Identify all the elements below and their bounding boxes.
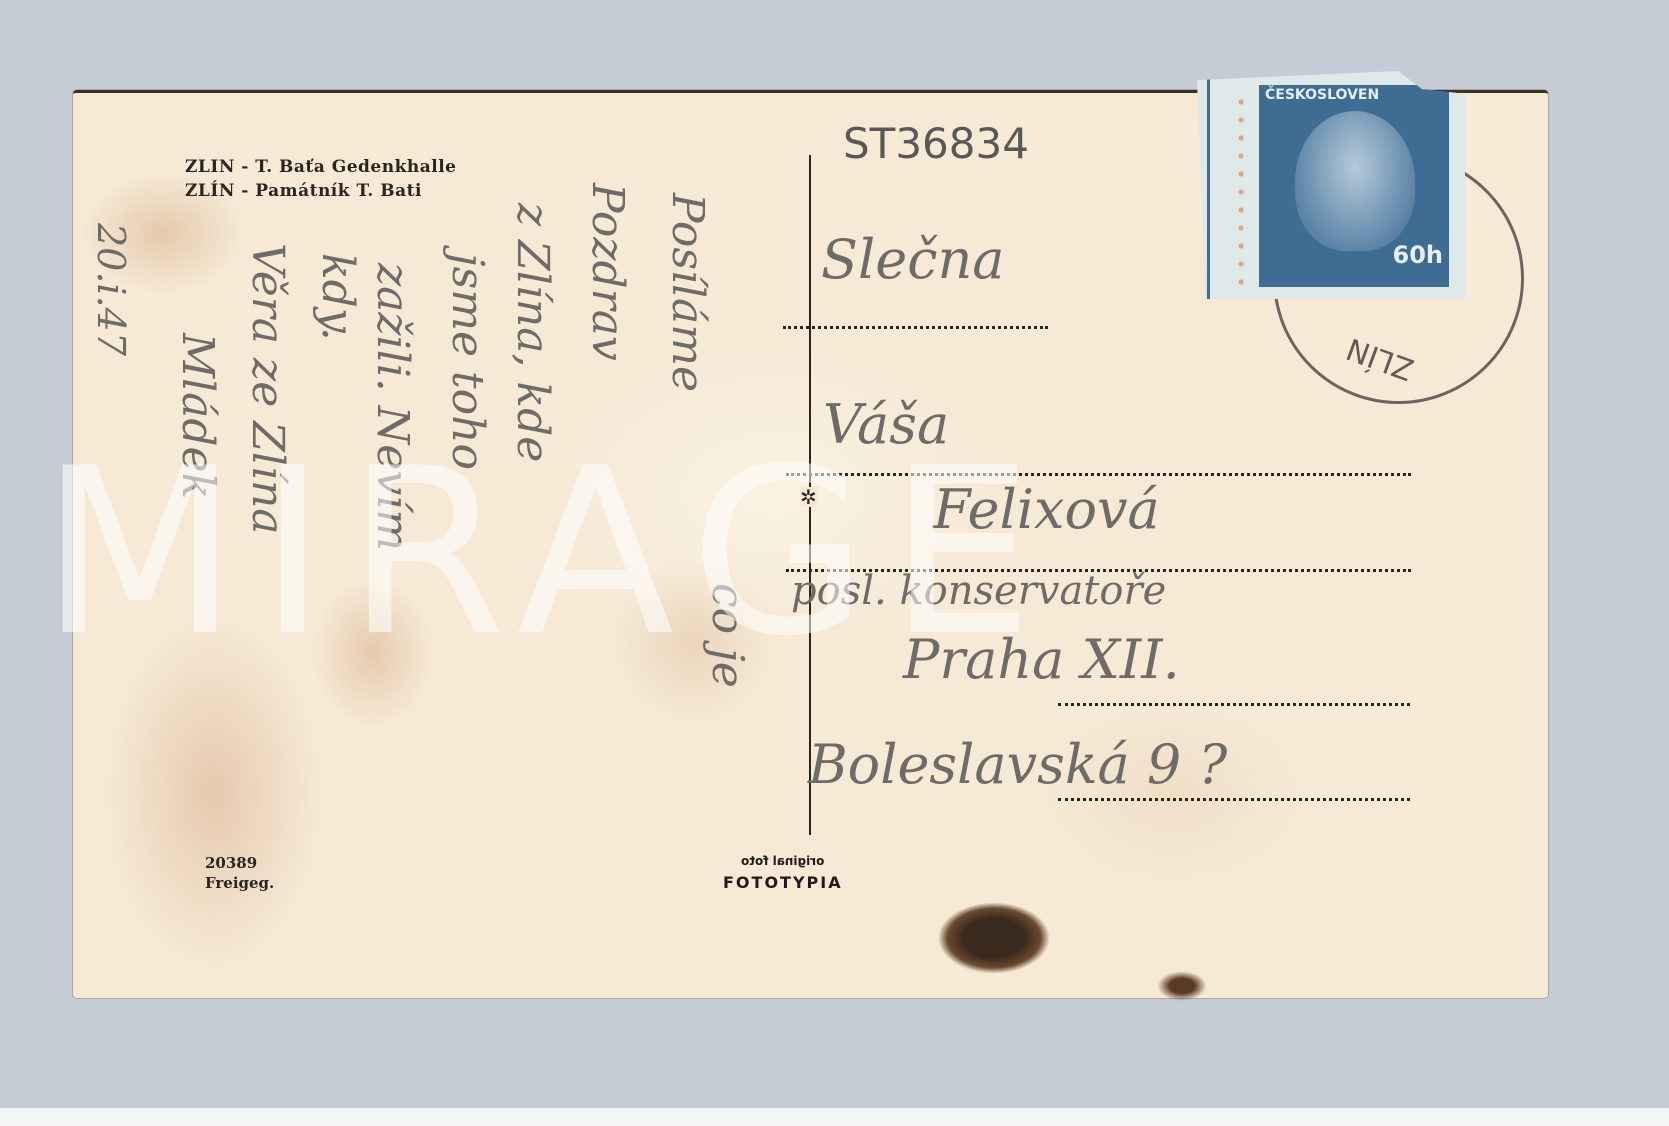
stamp-edge-line xyxy=(1207,79,1210,299)
reference-code: ST36834 xyxy=(843,119,1029,168)
address-first-name: Váša xyxy=(823,393,949,456)
printed-caption: ZLIN - T. Baťa Gedenkhalle ZLÍN - Památn… xyxy=(185,155,457,203)
publisher-info: 20389 Freigeg. xyxy=(205,853,274,893)
message-line: kdy. xyxy=(312,253,363,341)
stamp-frame: ČESKOSLOVEN 60h xyxy=(1259,85,1449,287)
printer-small-text: original foto xyxy=(741,854,824,868)
ornament-star-icon: ✲ xyxy=(800,487,817,507)
message-line: Věra ze Zlína xyxy=(242,243,293,535)
stamp-value: 60h xyxy=(1393,241,1443,269)
postmark-text: ZLÍN xyxy=(1342,330,1418,386)
publisher-number: 20389 xyxy=(205,853,274,873)
address-line-1 xyxy=(783,326,1048,329)
address-line-4 xyxy=(1058,703,1410,706)
address-street: Boleslavská 9 ? xyxy=(808,733,1227,796)
message-line: Pozdrav xyxy=(582,183,633,361)
printer-mark: original foto FOTOTYPIA xyxy=(723,850,843,892)
caption-line-czech: ZLÍN - Památník T. Bati xyxy=(185,179,457,203)
message-line: zažili. Nevím xyxy=(367,263,418,551)
printer-name: FOTOTYPIA xyxy=(723,873,843,892)
ink-blot-small xyxy=(1157,971,1207,1001)
publisher-note: Freigeg. xyxy=(205,873,274,893)
message-line: Mládek xyxy=(172,333,223,499)
address-line-5 xyxy=(1058,798,1410,801)
message-line: co je xyxy=(702,583,753,688)
message-line: Posíláme xyxy=(662,193,713,392)
address-surname: Felixová xyxy=(933,478,1160,541)
message-line: z Zlína, kde xyxy=(507,203,558,462)
address-institution: posl. konservatoře xyxy=(791,568,1166,614)
postcard-back: ZLIN - T. Baťa Gedenkhalle ZLÍN - Památn… xyxy=(73,90,1548,998)
message-date: 20.i.47 xyxy=(89,223,133,356)
address-line-2 xyxy=(786,473,1411,476)
stamp-perforation xyxy=(1237,93,1245,289)
address-city: Praha XII. xyxy=(903,628,1180,691)
caption-line-german: ZLIN - T. Baťa Gedenkhalle xyxy=(185,155,457,179)
ink-blot xyxy=(939,903,1049,973)
portrait-icon xyxy=(1295,111,1415,251)
stamp-country: ČESKOSLOVEN xyxy=(1265,87,1379,103)
address-salutation: Slečna xyxy=(821,228,1004,291)
postage-stamp: ČESKOSLOVEN 60h xyxy=(1197,71,1465,299)
background-strip xyxy=(0,1108,1669,1126)
message-line: jsme toho xyxy=(442,253,493,470)
